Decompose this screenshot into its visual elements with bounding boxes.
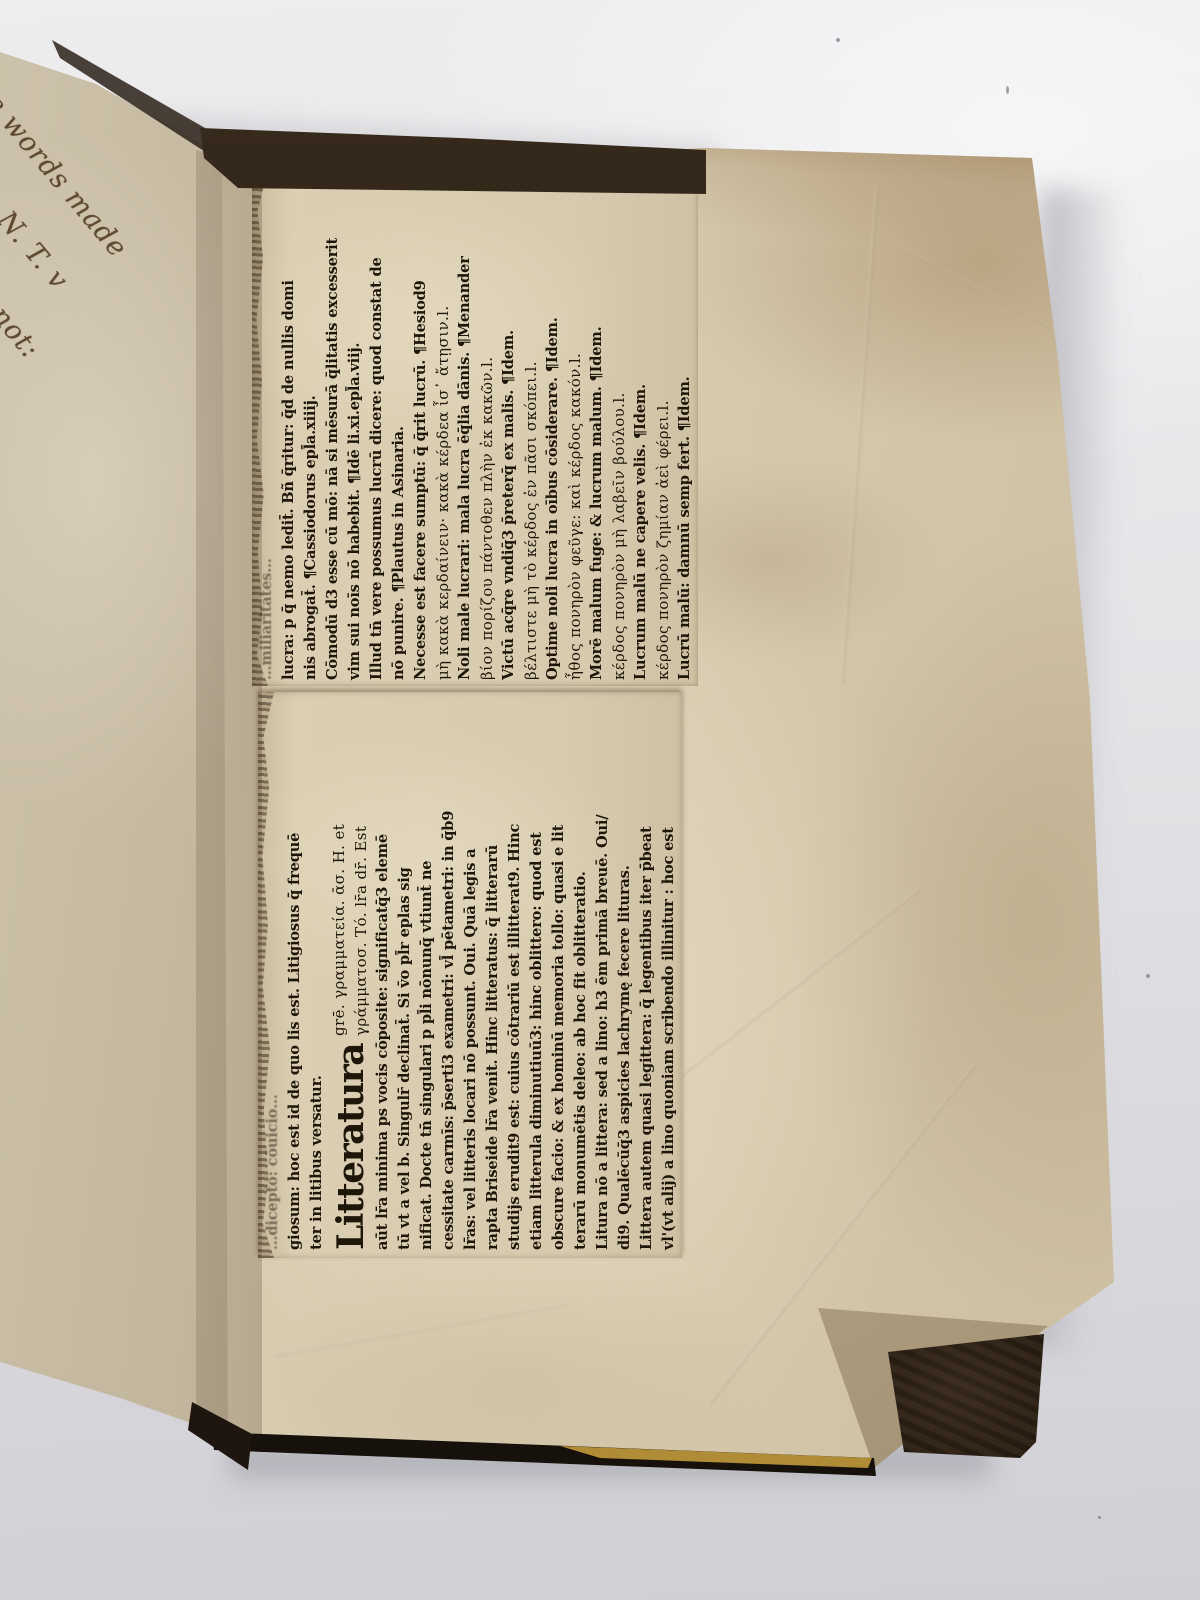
print-line: di9. Qualēcūq̄3 aspicies lachrymę fecere… <box>614 694 636 1250</box>
print-line: studijs erudit9 est: cuius cōtrariū est … <box>504 694 526 1250</box>
print-line: Victū acq̄re vndiq̄3 p̄reterq̄ ex malis.… <box>498 172 520 680</box>
print-line: tū vt a vel b. Singulr̄ declinat̄. Si v̄… <box>394 694 416 1250</box>
entry-lemma: Litteratura <box>328 1036 372 1250</box>
handwriting-line: mos his Chr: Synagogue <box>0 187 89 720</box>
entry-intro: …dicepto: cōuicio…giosum: hoc est id de … <box>262 694 328 1250</box>
print-line: Morē malum fuge: & lucrum malum. ¶Idem. <box>586 172 608 680</box>
dust-speck <box>1098 1516 1101 1519</box>
print-line: μὴ κακὰ κερδαίνειν· κακὰ κέρδεα ἶσ᾽ ἄτῃσ… <box>432 172 454 680</box>
handwriting-line: eighs Epist: Dedic: <box>0 123 190 636</box>
print-line: ἦθος πονηρὸν φεῦγε: καὶ κέρδος κακόν.l. <box>564 172 586 680</box>
antique-book-photo: latine words madewords in the N. T. vhor… <box>0 0 1200 1600</box>
print-line: Lucrū malū: damnū semp fert. ¶Idem. <box>674 172 696 680</box>
print-line: γράμματοσ. Τό. lr̄a dr̄. Est <box>350 694 372 1036</box>
print-line: terarū monumētis deleo: ab hoc fit oblit… <box>570 694 592 1250</box>
paper-crease <box>841 186 879 685</box>
print-line: leniter inducitur atramentum. <box>680 694 682 1250</box>
print-line: βίον πορίζου πάντοθεν πλὴν ἐκ κακῶν.l. <box>476 172 498 680</box>
print-line: κέρδος πονηρὸν μὴ λαβεῖν βούλου.l. <box>608 172 630 680</box>
print-line: Noli male lucrari: mala lucra ēq̄lia dān… <box>454 172 476 680</box>
print-line: βέλτιστε μὴ τὸ κέρδος ἐν πᾶσι σκόπει.l. <box>520 172 542 680</box>
print-line: aūt lr̄a minima ps vocis cōposite: signi… <box>372 694 394 1250</box>
print-line: …dicepto: cōuicio… <box>262 694 284 1250</box>
print-line: nificat. Docte tn̄ singulari p pl̄i nōnu… <box>416 694 438 1250</box>
print-line: grē. γραμματεία. ᾱσ. Η. et <box>328 694 350 1036</box>
print-line: cessitate carmīs: p̄serti3 exametri: vl̄… <box>438 694 460 1250</box>
print-line: κέρδος πονηρὸν ζημίαν ἀεὶ φέρει.l. <box>652 172 674 680</box>
print-line: vim sui noīs nō habebit. ¶Idē li.xi.epl̄… <box>344 172 366 680</box>
print-line: obscure facio: & ex hominū memoria tollo… <box>548 694 570 1250</box>
paper-crease <box>273 1303 569 1357</box>
dust-speck <box>1006 86 1009 94</box>
dust-speck <box>836 38 840 42</box>
dictionary-entry-head: Litteratura grē. γραμματεία. ᾱσ. Η. etγρ… <box>328 694 372 1250</box>
printed-slip-upper: …miliaritates…lucra: p q̄ nemo ledit̄. B… <box>252 170 698 686</box>
dust-speck <box>1146 974 1150 978</box>
print-line: giosum: hoc est id de quo lis est. Litig… <box>284 694 306 1250</box>
print-line: Optime noli lucra in oībus cōsiderare. ¶… <box>542 172 564 680</box>
print-line: Lucrum malū ne capere velis. ¶Idem. <box>630 172 652 680</box>
printed-slip-lower: …dicepto: cōuicio…giosum: hoc est id de … <box>258 692 682 1258</box>
print-line: Littera autem quasi legittera: q̄ legent… <box>636 694 658 1250</box>
printed-text-lower: …dicepto: cōuicio…giosum: hoc est id de … <box>262 694 682 1250</box>
handwriting-line: itic: Sacr: on the N. T. <box>0 131 139 677</box>
print-line: Necesse est facere sumptū: q̄ q̄rit lucr… <box>410 172 432 680</box>
printed-text-upper: …miliaritates…lucra: p q̄ nemo ledit̄. B… <box>256 172 696 680</box>
print-line: Litura nō a littera: sed a lino: h3 ēm p… <box>592 694 614 1250</box>
print-line: Illud tn̄ vere possumus lucrū dicere: qu… <box>366 172 388 680</box>
print-line: ter in litibus versatur. <box>306 694 328 1250</box>
print-line: lucra: p q̄ nemo ledit̄. Bñ q̄ritur: q̄d… <box>278 172 300 680</box>
print-line: nō punire. ¶Plautus in Asinaria. <box>388 172 410 680</box>
print-line: lr̄as: vel litteris locari nō possunt. O… <box>460 694 482 1250</box>
print-line: vl'(vt alij) a lino quoniam scribendo il… <box>658 694 680 1250</box>
print-line: etiam litterula diminutiuū3: hinc oblitt… <box>526 694 548 1250</box>
print-line: rapta Briseide lr̄a venit. Hinc litterat… <box>482 694 504 1250</box>
entry-lemma-gloss: grē. γραμματεία. ᾱσ. Η. etγράμματοσ. Τό.… <box>328 694 372 1036</box>
print-line: Cōmodū d3 esse cū mō: nā si mēsurā q̄lit… <box>322 172 344 680</box>
entry-body: aūt lr̄a minima ps vocis cōposite: signi… <box>372 694 682 1250</box>
print-line: nis abrogat̄. ¶Cassiodorus epl̄a.xiiij. <box>300 172 322 680</box>
